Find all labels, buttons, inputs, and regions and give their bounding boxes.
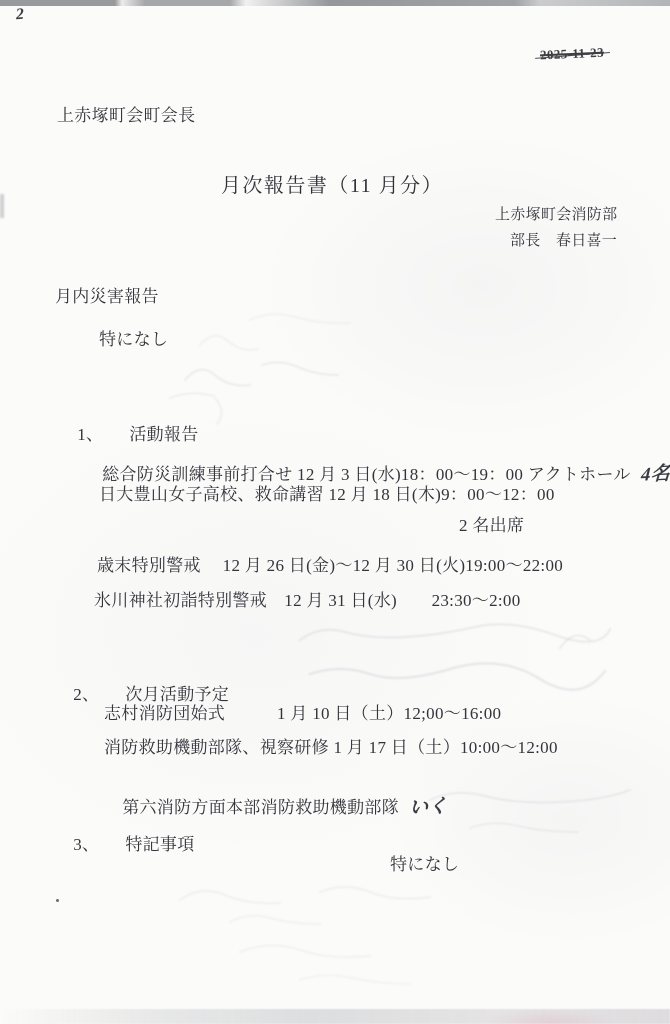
disaster-report-note: 特になし bbox=[99, 329, 168, 350]
schedule-line-inspection-training: 消防救助機動部隊、視察研修 1 月 17 日（土）10:00～12:00 bbox=[104, 737, 558, 758]
section-3-heading: 3、特記事項 bbox=[55, 813, 195, 877]
section-3-number: 3、 bbox=[73, 834, 99, 855]
scan-edge-artifact-left bbox=[0, 194, 4, 218]
sender-organization: 上赤塚町会消防部 bbox=[495, 206, 617, 225]
activity-line-yearend-patrol: 歳末特別警戒 12 月 26 日(金)～12 月 30 日(火)19:00～22… bbox=[97, 555, 563, 576]
activity-line-text: 総合防災訓練事前打合せ 12 月 3 日(水)18：00～19：00 アクトホー… bbox=[102, 465, 631, 484]
section-3-title: 特記事項 bbox=[125, 834, 194, 855]
schedule-line-brigade-ceremony: 志村消防団始式 1 月 10 日（土）12;00～16:00 bbox=[104, 703, 501, 724]
addressee: 上赤塚町会町会長 bbox=[57, 105, 195, 126]
activity-line-lifesaving-course: 日大豊山女子高校、救命講習 12 月 18 日(木)9：00～12：00 bbox=[99, 484, 555, 505]
handwritten-attendance-note: 4名 bbox=[640, 462, 670, 487]
special-notes-note: 特になし bbox=[390, 854, 459, 875]
handwritten-note: いく bbox=[408, 795, 448, 821]
activity-line-shrine-patrol: 氷川神社初詣特別警戒 12 月 31 日(水) 23:30～2:00 bbox=[94, 590, 521, 611]
handwritten-page-number: 2 bbox=[15, 6, 24, 25]
report-title: 月次報告書（11 月分） bbox=[0, 169, 664, 198]
scanned-report-page: 2 2025-11-23 上赤塚町会町会長 月次報告書（11 月分） 上赤塚町会… bbox=[0, 0, 670, 1024]
scan-edge-artifact-top bbox=[0, 0, 670, 6]
section-2-number: 2、 bbox=[73, 684, 99, 705]
ink-speck bbox=[56, 899, 59, 902]
disaster-report-heading: 月内災害報告 bbox=[55, 286, 159, 307]
crossed-out-date-stamp: 2025-11-23 bbox=[540, 45, 605, 64]
activity-line-attendance: 2 名出席 bbox=[459, 515, 524, 536]
scan-edge-artifact-bottom bbox=[0, 1009, 670, 1024]
sender-signature: 部長 春日喜一 bbox=[510, 232, 617, 251]
